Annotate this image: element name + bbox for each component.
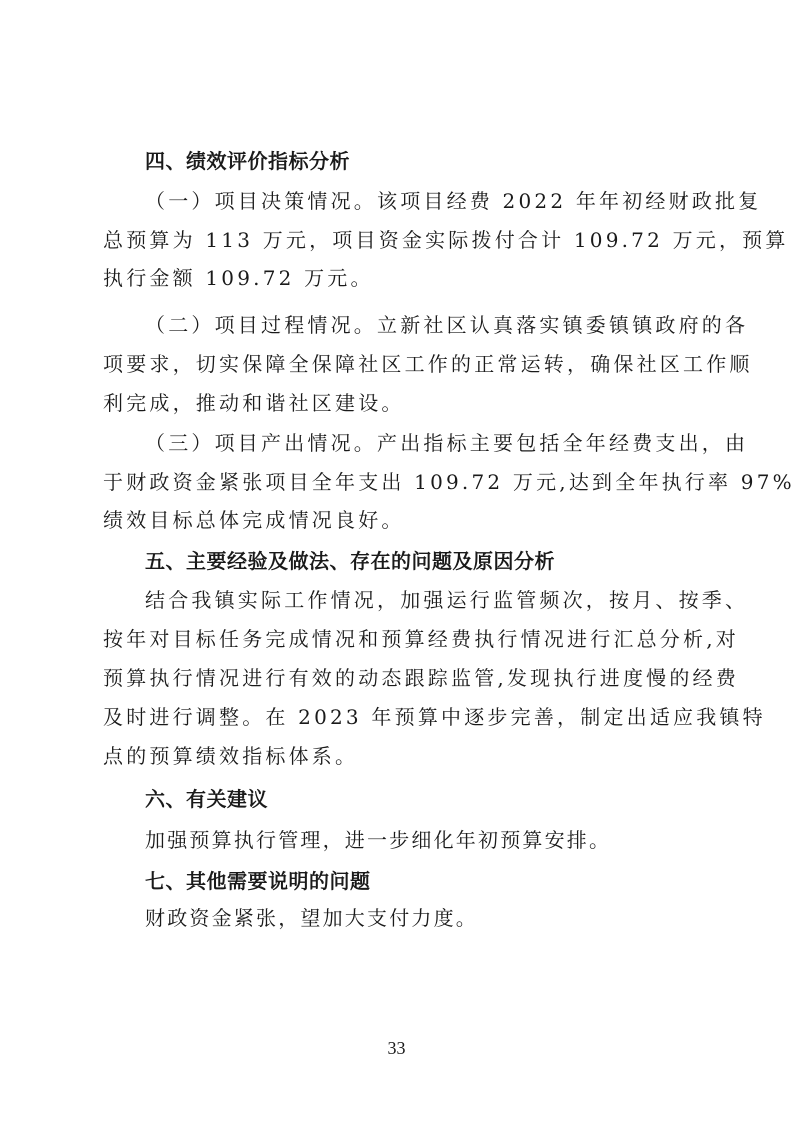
paragraph-line: 按年对目标任务完成情况和预算经费执行情况进行汇总分析,对 <box>103 626 703 652</box>
paragraph-line: （三）项目产出情况。产出指标主要包括全年经费支出，由 <box>145 430 745 456</box>
section-heading-5: 五、主要经验及做法、存在的问题及原因分析 <box>145 548 745 574</box>
paragraph-line: （一）项目决策情况。该项目经费 2022 年年初经财政批复 <box>145 188 745 214</box>
paragraph-line: 加强预算执行管理，进一步细化年初预算安排。 <box>145 827 745 853</box>
paragraph-line: 绩效目标总体完成情况良好。 <box>103 507 703 533</box>
paragraph-line: 执行金额 109.72 万元。 <box>103 265 703 291</box>
paragraph-line: 及时进行调整。在 2023 年预算中逐步完善，制定出适应我镇特 <box>103 704 703 730</box>
paragraph-line: 点的预算绩效指标体系。 <box>103 743 703 769</box>
paragraph-line: 财政资金紧张，望加大支付力度。 <box>145 905 745 931</box>
document-page: 四、绩效评价指标分析 （一）项目决策情况。该项目经费 2022 年年初经财政批复… <box>0 0 793 1122</box>
paragraph-line: （二）项目过程情况。立新社区认真落实镇委镇镇政府的各 <box>145 312 745 338</box>
paragraph-line: 结合我镇实际工作情况，加强运行监管频次，按月、按季、 <box>145 587 745 613</box>
paragraph-line: 于财政资金紧张项目全年支出 109.72 万元,达到全年执行率 97%, <box>103 469 703 495</box>
section-heading-6: 六、有关建议 <box>145 786 745 812</box>
section-heading-7: 七、其他需要说明的问题 <box>145 868 745 894</box>
paragraph-line: 总预算为 113 万元，项目资金实际拨付合计 109.72 万元，预算 <box>103 227 703 253</box>
section-heading-4: 四、绩效评价指标分析 <box>145 148 745 174</box>
paragraph-line: 利完成，推动和谐社区建设。 <box>103 390 703 416</box>
paragraph-line: 预算执行情况进行有效的动态跟踪监管,发现执行进度慢的经费 <box>103 665 703 691</box>
paragraph-line: 项要求，切实保障全保障社区工作的正常运转，确保社区工作顺 <box>103 351 703 377</box>
page-number: 33 <box>0 1038 793 1059</box>
